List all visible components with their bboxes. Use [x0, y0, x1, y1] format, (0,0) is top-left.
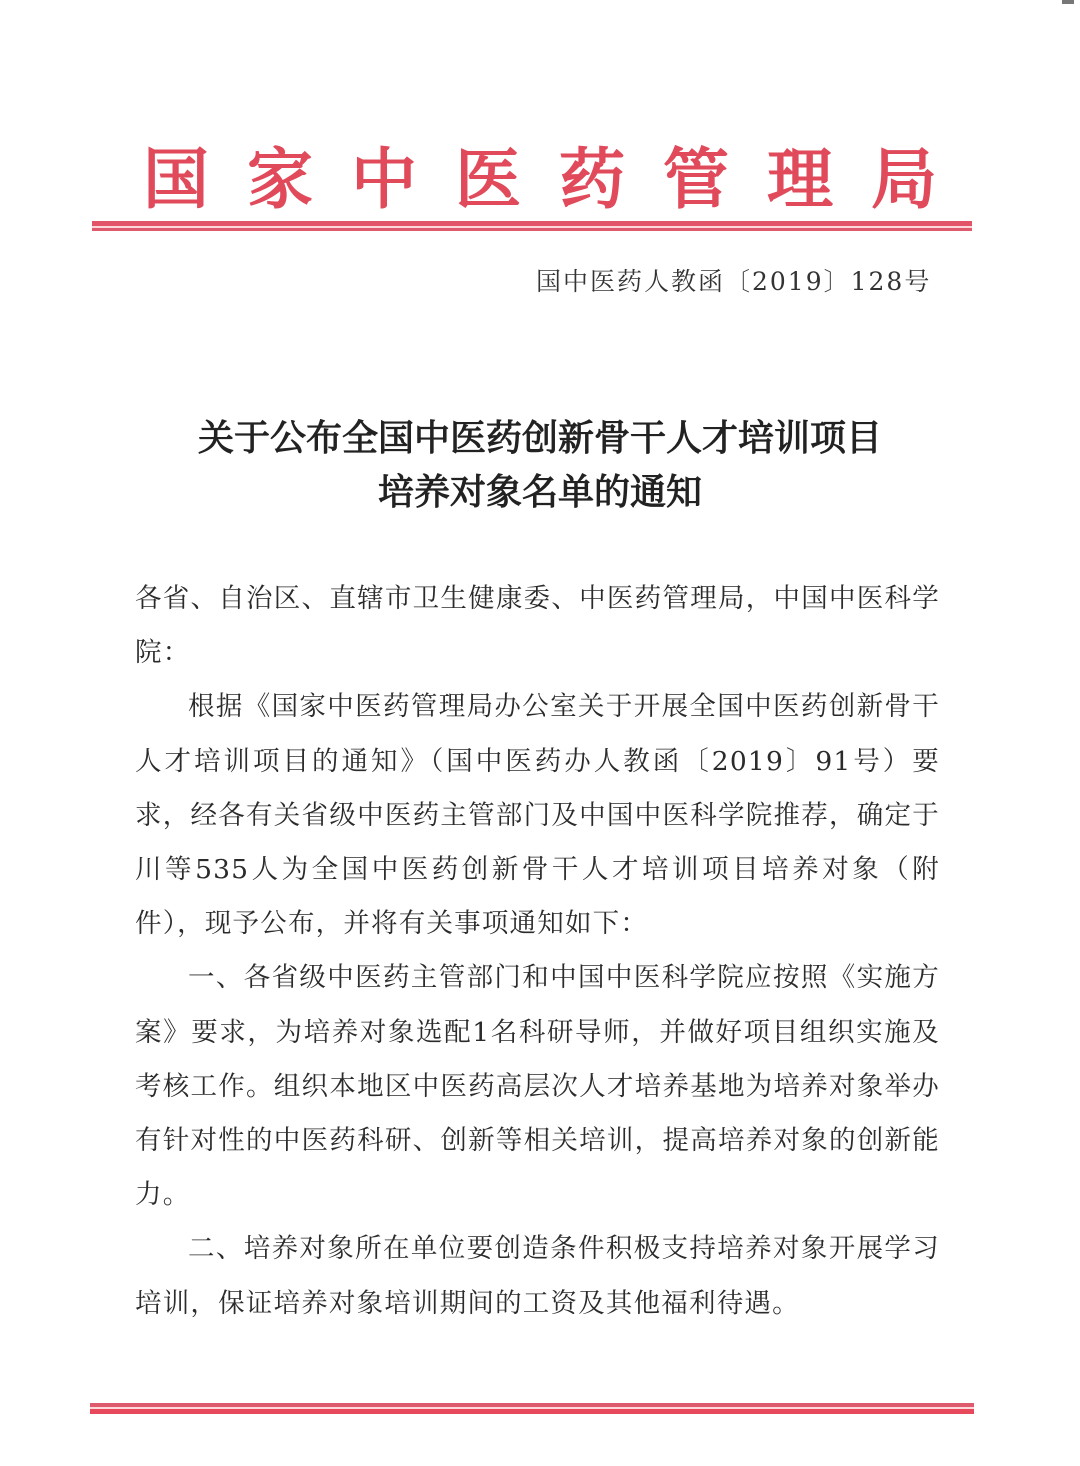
masthead-char: 中 — [348, 126, 420, 221]
scan-artifact — [1062, 0, 1074, 4]
masthead-char: 医 — [452, 126, 524, 221]
footer-red-divider — [90, 1403, 974, 1414]
body-paragraph: 一、各省级中医药主管部门和中国中医科学院应按照《实施方案》要求，为培养对象选配1… — [135, 951, 940, 1222]
masthead-char: 家 — [244, 126, 316, 221]
body-paragraph: 二、培养对象所在单位要创造条件积极支持培养对象开展学习培训，保证培养对象培训期间… — [135, 1222, 940, 1330]
body-paragraph: 根据《国家中医药管理局办公室关于开展全国中医药创新骨干人才培训项目的通知》（国中… — [135, 680, 940, 951]
agency-masthead: 国 家 中 医 药 管 理 局 — [140, 128, 940, 218]
masthead-char: 管 — [660, 126, 732, 221]
document-title: 关于公布全国中医药创新骨干人才培训项目 培养对象名单的通知 — [0, 412, 1080, 520]
header-red-divider — [92, 221, 972, 231]
masthead-char: 国 — [140, 126, 212, 221]
salutation: 各省、自治区、直辖市卫生健康委、中医药管理局，中国中医科学院： — [135, 572, 940, 680]
title-line-2: 培养对象名单的通知 — [0, 466, 1080, 520]
masthead-char: 理 — [764, 126, 836, 221]
masthead-char: 局 — [868, 126, 940, 221]
document-body: 各省、自治区、直辖市卫生健康委、中医药管理局，中国中医科学院： 根据《国家中医药… — [135, 572, 940, 1331]
document-number: 国中医药人教函〔2019〕128号 — [536, 262, 931, 298]
title-line-1: 关于公布全国中医药创新骨干人才培训项目 — [0, 412, 1080, 466]
masthead-char: 药 — [556, 126, 628, 221]
